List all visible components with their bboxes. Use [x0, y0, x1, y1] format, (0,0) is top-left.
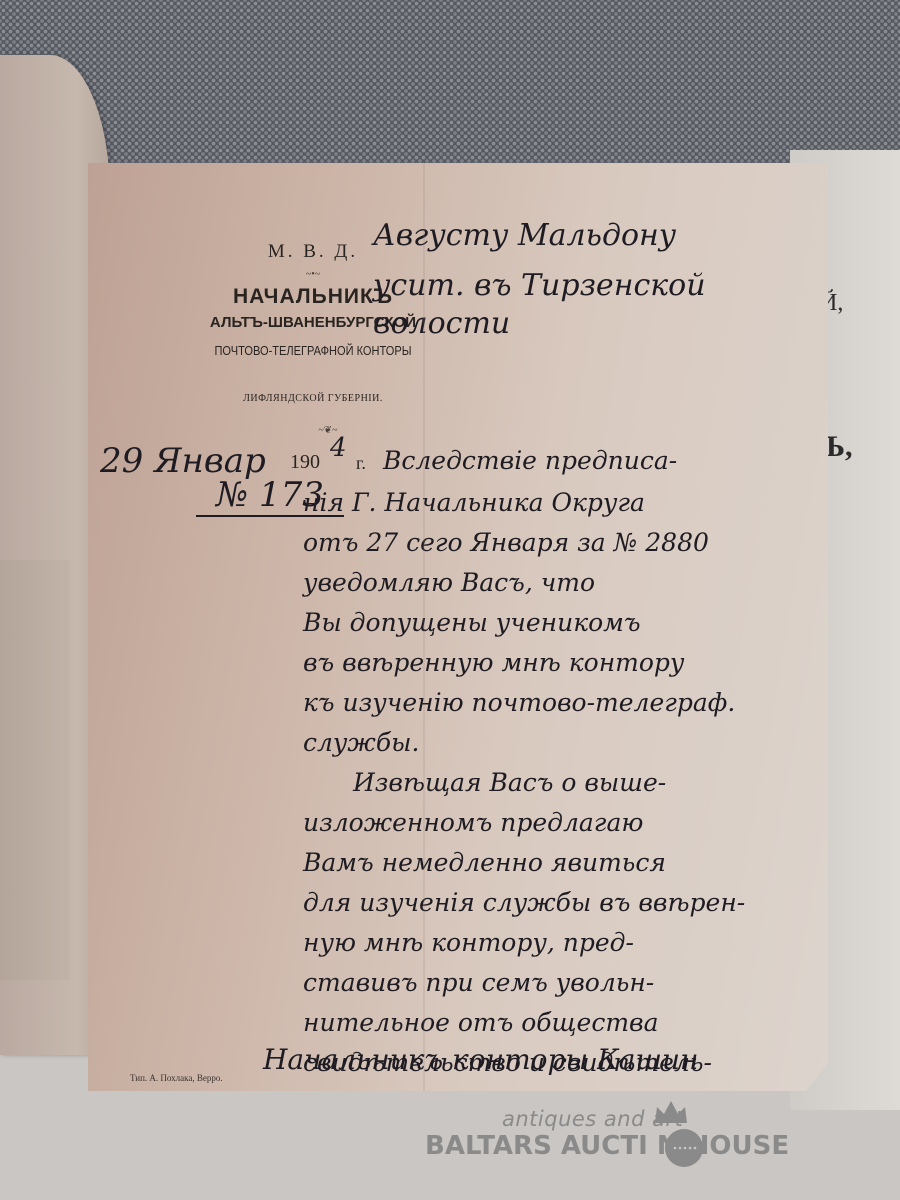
- addressee-line: Августу Мальдону: [373, 218, 676, 253]
- body-line: къ изученію почтово-телеграф.: [303, 688, 735, 717]
- year-printed: 190: [290, 451, 320, 474]
- body-line: въ ввѣренную мнѣ контору: [303, 648, 684, 677]
- body-line: Вы допущены ученикомъ: [303, 608, 641, 637]
- letterhead-governorate: ЛИФЛЯНДСКОЙ ГУБЕРНІИ.: [183, 393, 443, 404]
- left-book-page-edge: [0, 560, 70, 980]
- printer-mark: Тип. А. Похлака, Верро.: [130, 1073, 223, 1083]
- watermark-brand: BALTARS AUCTI N HOUSE: [425, 1131, 789, 1161]
- body-line: отъ 27 сего Января за № 2880: [303, 528, 709, 557]
- signature-name: Кашин: [597, 1043, 698, 1076]
- addressee-line: усит. въ Тирзенской: [373, 268, 706, 303]
- globe-o-icon: [663, 1127, 705, 1169]
- body-line: Вследствіе предписа-: [383, 446, 677, 475]
- year-suffix: г.: [356, 453, 366, 474]
- body-line: нія Г. Начальника Округа: [303, 488, 645, 517]
- body-line: службы.: [303, 728, 419, 757]
- body-line: для изученія службы въ ввѣрен-: [303, 888, 745, 917]
- year-handwritten: 4: [330, 433, 347, 463]
- body-line: уведомляю Васъ, что: [303, 568, 595, 597]
- addressee-line: волости: [373, 306, 510, 341]
- letter-sheet: М. В. Д. ~•~ НАЧАЛЬНИКЪ АЛЬТЪ-ШВАНЕНБУРГ…: [88, 163, 828, 1091]
- letterhead-ornament-2: ~❦~: [198, 425, 458, 436]
- body-line: изложенномъ предлагаю: [303, 808, 643, 837]
- body-line: Извѣщая Васъ о выше-: [353, 768, 666, 797]
- letterhead-office-type: ПОЧТОВО-ТЕЛЕГРАФНОЙ КОНТОРЫ: [203, 343, 424, 358]
- signature-line: Начальникъ конторы Кашин: [263, 1043, 699, 1076]
- body-line: ставивъ при семъ увольн-: [303, 968, 654, 997]
- body-line: Вамъ немедленно явиться: [303, 848, 666, 877]
- body-line: ную мнѣ контору, пред-: [303, 928, 634, 957]
- crown-icon: [653, 1099, 689, 1125]
- body-line: нительное отъ общества: [303, 1008, 659, 1037]
- signature-title: Начальникъ конторы: [263, 1043, 588, 1076]
